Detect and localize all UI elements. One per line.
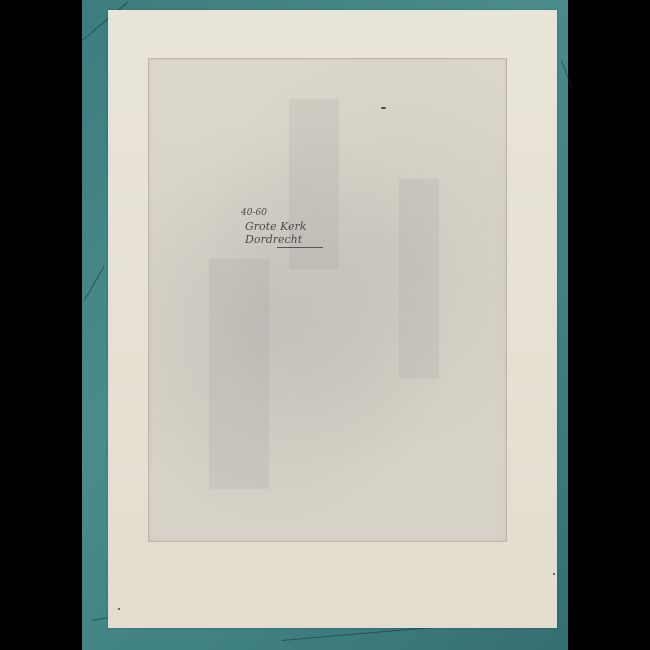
pencil-mark [381,107,386,109]
paper-speck [553,573,555,575]
mat-line [561,60,572,89]
print-paper: 40-60 Grote Kerk Dordrecht [108,10,557,628]
plate-mark: 40-60 Grote Kerk Dordrecht [148,58,507,542]
paper-speck [118,608,120,610]
inscription-underline [277,247,323,248]
pencil-inscription: 40-60 Grote Kerk Dordrecht [239,207,323,248]
inscription-place: Dordrecht [245,233,323,246]
inscription-number: 40-60 [241,207,323,220]
mat-line [282,626,441,641]
mat-line [84,265,105,300]
show-through-building [399,179,439,379]
inscription-title: Grote Kerk [245,220,323,233]
show-through-figure [209,259,269,489]
